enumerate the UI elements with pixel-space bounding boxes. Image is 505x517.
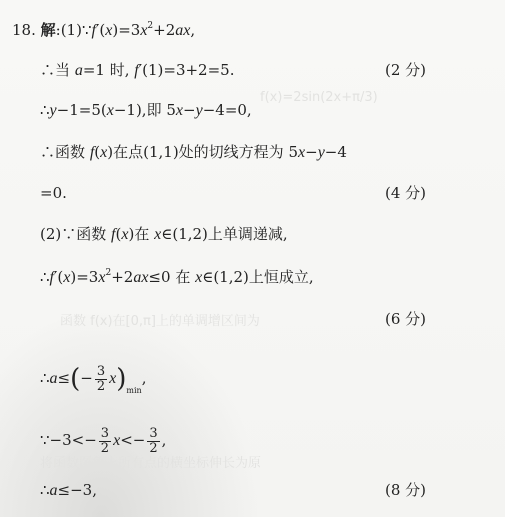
solution-line-10: ∵−3<−32x<−32, [40,422,166,459]
solution-line-2: ∴当 a=1 时, f′(1)=3+2=5. [40,60,234,81]
score-2: (2 分) [385,60,426,80]
min-subscript: min [126,386,141,395]
text-in: 在 [175,268,190,286]
text-function: 函数 [76,225,106,243]
text-when: 当 [55,61,70,79]
text-in: 在 [134,225,149,243]
document-page: f(x)=2sin(2x+π/3) 函数 f(x)在[0,π]上的单调增区间为 … [0,0,505,517]
therefore-symbol: ∴ [40,481,50,499]
solution-line-5: =0. [40,183,67,203]
therefore-symbol: ∴ [40,143,55,161]
because-symbol: ∵ [40,431,50,449]
bleed-through-text: f(x)=2sin(2x+π/3) [260,90,378,105]
solution-line-1: 18. 解:(1)∵f′(x)=3x2+2ax, [12,20,195,41]
score-4: (4 分) [385,183,426,203]
bleed-through-text: 函数 f(x)在[0,π]上的单调增区间为 [60,310,260,329]
solution-line-7: ∴f′(x)=3x2+2ax≤0 在 x∈(1,2)上恒成立, [40,267,314,288]
text-time: 时 [110,61,125,79]
fraction: 32 [147,427,159,456]
solution-line-6: (2)∵函数 f(x)在 x∈(1,2)上单调递减, [40,224,288,245]
part-2-label: (2)∵ [40,225,76,243]
therefore-symbol: ∴ [40,101,50,119]
text-always-holds: 上恒成立 [249,268,309,286]
therefore-symbol: ∴ [40,268,50,286]
solution-line-3: ∴y−1=5(x−1),即 5x−y−4=0, [40,100,252,121]
score-6: (6 分) [385,309,426,329]
text-monotone-decreasing: 上单调递减 [208,225,283,243]
text-at-point: 在点 [113,143,143,161]
text-namely: 即 [147,101,162,119]
text-function: 函数 [55,143,85,161]
solution-line-9: ∴a≤(−32x)min, [40,360,146,409]
fraction: 32 [95,365,107,394]
problem-number: 18. [12,21,36,39]
fraction: 32 [99,427,111,456]
score-8: (8 分) [385,480,426,500]
solution-line-4: ∴函数 f(x)在点(1,1)处的切线方程为 5x−y−4 [40,142,347,163]
therefore-symbol: ∴ [40,369,50,387]
therefore-symbol: ∴ [40,61,55,79]
text-tangent: 处的切线方程为 [179,143,284,161]
part-1-label: :(1)∵ [56,21,92,39]
solution-heading: 解 [41,21,56,39]
solution-line-11: ∴a≤−3, [40,480,97,501]
